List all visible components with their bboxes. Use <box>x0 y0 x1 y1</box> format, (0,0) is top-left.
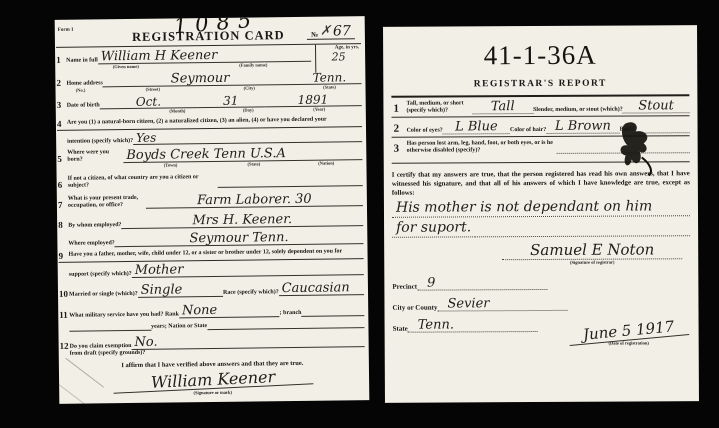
precinct-label: Precinct <box>392 283 417 291</box>
exception-line-1: His mother is not dependant on him <box>392 198 690 218</box>
year-sublabel: (Year) <box>277 106 362 113</box>
hair-color-value: L Brown <box>546 120 619 134</box>
home-address-state: Tenn. <box>297 71 361 85</box>
registration-card: Form 1 1085 REGISTRATION CARD № ✗ 67 Age… <box>55 16 370 404</box>
state-value: Tenn. <box>408 318 538 333</box>
row-employer: 8 By whom employed? Mrs H. Keener. <box>58 212 363 230</box>
registrars-report-card: 41-1-36A REGISTRAR'S REPORT 1 Tall, medi… <box>383 25 699 403</box>
not-citizen-answer <box>218 185 363 188</box>
registration-card-header: Form 1 1085 REGISTRATION CARD № ✗ 67 <box>56 18 361 48</box>
employer-label: By whom employed? <box>68 222 121 230</box>
state-sublabel: (State) <box>297 84 361 91</box>
order-number-group: № ✗ 67 <box>307 23 355 40</box>
race-value: Caucasian <box>279 281 364 296</box>
row-military-continued: years ; Nation or State <box>59 321 364 332</box>
row-number: 7 <box>58 201 68 210</box>
employer-value: Mrs H. Keener. <box>121 212 363 229</box>
birth-day: 31 <box>197 94 264 108</box>
military-rank-value: None <box>179 303 280 318</box>
no-label: № <box>311 31 318 39</box>
row-where-employed: Where employed? Seymour Tenn. <box>58 230 363 248</box>
trade-label: What is your present trade, occupation, … <box>68 195 146 210</box>
row-date-of-birth: 3 Date of birth Oct. 31 1891 (Month) (Da… <box>57 93 362 116</box>
affirmation-text: I affirm that I have verified above answ… <box>60 359 365 370</box>
row-number: 1 <box>56 56 66 65</box>
town-sublabel: (Town) <box>123 162 217 169</box>
report-title: REGISTRAR'S REPORT <box>391 78 689 90</box>
exception-line-2: for suport. <box>392 219 475 237</box>
row-dependents: 9 Have you a father, mother, wife, child… <box>59 248 364 279</box>
row-number: 11 <box>59 311 69 320</box>
day-sublabel: (Day) <box>220 107 277 114</box>
row-number: 9 <box>59 252 69 261</box>
no-sublabel: (No.) <box>56 87 104 94</box>
state-sublabel: (State) <box>218 161 290 168</box>
row-number: 2 <box>56 79 66 88</box>
trade-value: Farm Laborer. 30 <box>146 192 363 209</box>
row-number: 6 <box>58 181 68 190</box>
order-number-value: 67 <box>333 24 351 38</box>
row-where-born: 5 Where were you born? Boyds Creek Tenn … <box>57 146 362 170</box>
where-employed-label: Where employed? <box>68 240 114 248</box>
birth-year: 1891 <box>264 93 362 107</box>
row-height-build: 1 Tall, medium, or short (specify which)… <box>391 96 689 118</box>
nation-or-state-label: ; Nation or State <box>165 323 207 331</box>
where-employed-value: Seymour Tenn. <box>115 230 364 247</box>
state-label: State <box>393 325 408 333</box>
branch-label: ; branch <box>280 310 302 317</box>
row-trade: 7 What is your present trade, occupation… <box>58 192 363 210</box>
height-label: Tall, medium, or short (specify which)? <box>406 100 472 114</box>
row-number: 12 <box>60 342 70 351</box>
not-citizen-label: If not a citizen, of what country are yo… <box>68 174 218 190</box>
exemption-answer: No. <box>131 333 364 350</box>
form-code: 41-1-36A <box>391 39 689 71</box>
row-number: 4 <box>57 120 67 129</box>
age-box: Age, in yrs. 25 <box>315 44 361 73</box>
city-sublabel: (City) <box>201 85 298 92</box>
pencil-mark: ✗ <box>320 24 331 39</box>
dependents-answer: Mother <box>132 261 364 278</box>
height-value: Tall <box>472 100 533 114</box>
build-label: Slender, medium, or stout (which)? <box>533 107 623 114</box>
registrar-signature-sublabel: (Signature of registrar) <box>502 259 682 266</box>
row-number: 5 <box>57 155 67 164</box>
dependents-specify-label: support (specify which)? <box>69 271 132 279</box>
married-label: Married or single (which)? <box>69 291 138 299</box>
family-name-sublabel: (Family name) <box>195 62 311 69</box>
military-label: What military service have you had? Rank <box>69 311 179 319</box>
precinct-value: 9 <box>417 276 547 291</box>
registrar-signature: Samuel E Noton <box>502 240 682 260</box>
county-label: City or County <box>392 304 437 312</box>
given-name-sublabel: (Given name) <box>56 63 195 71</box>
street-sublabel: (Street) <box>104 86 201 93</box>
citizenship-question-label: Are you (1) a natural-born citizen, (2) … <box>67 117 327 127</box>
precinct-row: Precinct 9 <box>392 275 690 291</box>
row-number: 2 <box>392 124 407 135</box>
county-row: City or County Sevier <box>392 296 690 312</box>
ink-blot <box>615 117 657 177</box>
married-value: Single <box>138 283 223 298</box>
row-military: 11 What military service have you had? R… <box>59 302 364 320</box>
dependents-question-label: Have you a father, mother, wife, child u… <box>68 248 342 258</box>
row-married-race: 10 Married or single (which)? Single Rac… <box>59 281 364 299</box>
eye-color-value: L Blue <box>443 120 510 134</box>
row-number: 8 <box>58 221 68 230</box>
row-number: 3 <box>392 144 407 155</box>
hair-color-label: Color of hair? <box>510 127 546 134</box>
citizenship-specify-label: intention (specify which)? <box>67 138 133 146</box>
row-number: 10 <box>59 290 69 299</box>
row-number: 3 <box>57 101 67 110</box>
row-number: 1 <box>391 104 406 115</box>
month-sublabel: (Month) <box>135 108 220 115</box>
county-value: Sevier <box>437 297 567 312</box>
row-exemption: 12 Do you claim exemption No. from draft… <box>60 333 365 358</box>
registration-date-group: June 5 1917 (Date of registration) <box>569 321 689 347</box>
birth-month: Oct. <box>100 95 198 109</box>
exemption-label-line2: from draft (specify grounds)? <box>70 350 146 358</box>
row-not-citizen: 6 If not a citizen, of what country are … <box>58 172 363 190</box>
nation-sublabel: (Nation) <box>290 160 362 167</box>
row-home-address: 2 Home address Seymour Tenn. (No.) (Stre… <box>56 70 361 94</box>
build-value: Stout <box>623 99 690 113</box>
row-citizenship: 4 Are you (1) a natural-born citizen, (2… <box>57 116 362 146</box>
disability-label: Has person lost arm, leg, hand, foot, or… <box>407 140 557 155</box>
years-label: years <box>151 324 165 331</box>
race-label: Race (specify which)? <box>223 289 279 297</box>
where-born-label: Where were you born? <box>67 149 123 164</box>
citizenship-answer: Yes <box>133 129 362 145</box>
eye-color-label: Color of eyes? <box>407 128 443 135</box>
age-value: 25 <box>318 51 359 63</box>
